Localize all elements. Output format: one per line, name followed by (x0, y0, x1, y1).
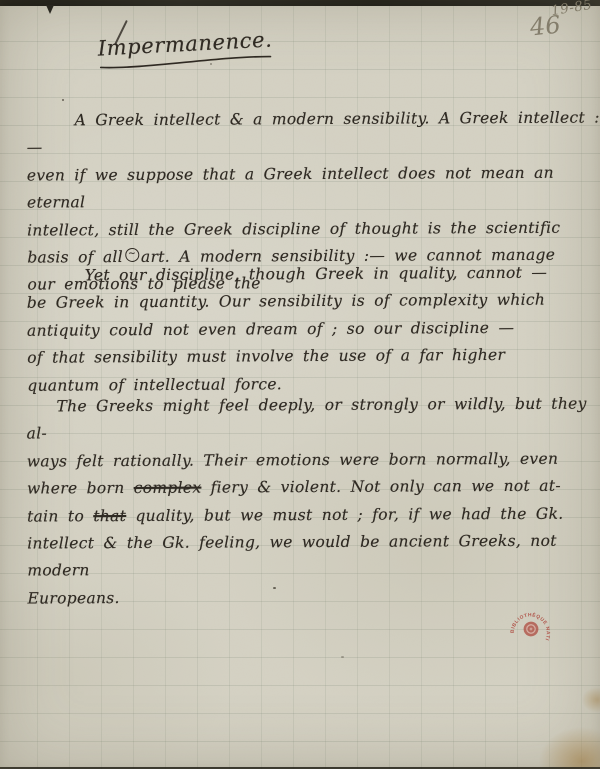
paper-speck (341, 656, 344, 658)
manuscript-line: of that sensibility must involve the use… (27, 341, 600, 372)
manuscript-line: antiquity could not even dream of ; so o… (27, 314, 600, 345)
paper-speck (62, 99, 64, 101)
manuscript-line: ways felt rationally. Their emotions wer… (27, 445, 600, 475)
struck-word: complex (134, 479, 202, 497)
manuscript-line: intellect & the Gk. feeling, we would be… (27, 528, 600, 586)
struck-word: that (93, 507, 126, 525)
manuscript-line: where born complex fiery & violent. Not … (27, 473, 600, 503)
line-text: tain to (27, 507, 93, 525)
circled-insertion-mark: ~ (125, 248, 139, 262)
manuscript-line: intellect, still the Greek discipline of… (27, 214, 600, 244)
manuscript-line: A Greek intellect & a modern sensibility… (27, 104, 600, 162)
manuscript-line: Yet our discipline, though Greek in qual… (27, 259, 600, 290)
line-text: where born (27, 479, 134, 498)
library-stamp: BIBLIOTHÈQUE NATIONALE (500, 598, 563, 661)
paragraph-3: The Greeks might feel deeply, or strongl… (26, 390, 600, 612)
manuscript-line: The Greeks might feel deeply, or strongl… (26, 390, 600, 448)
line-text: quality, but we must not ; for, if we ha… (126, 504, 563, 524)
paragraph-2: Yet our discipline, though Greek in qual… (27, 259, 600, 400)
manuscript-line: be Greek in quantity. Our sensibility is… (27, 287, 600, 318)
manuscript-scan: 46 19-85 Impermanence. A Greek intellect… (0, 0, 600, 769)
scan-edge-notch (46, 5, 54, 14)
scan-edge-top (0, 0, 600, 6)
manuscript-line: even if we suppose that a Greek intellec… (27, 159, 600, 217)
manuscript-line: tain to that quality, but we must not ; … (27, 500, 600, 530)
line-text: fiery & violent. Not only can we not at- (201, 477, 561, 497)
